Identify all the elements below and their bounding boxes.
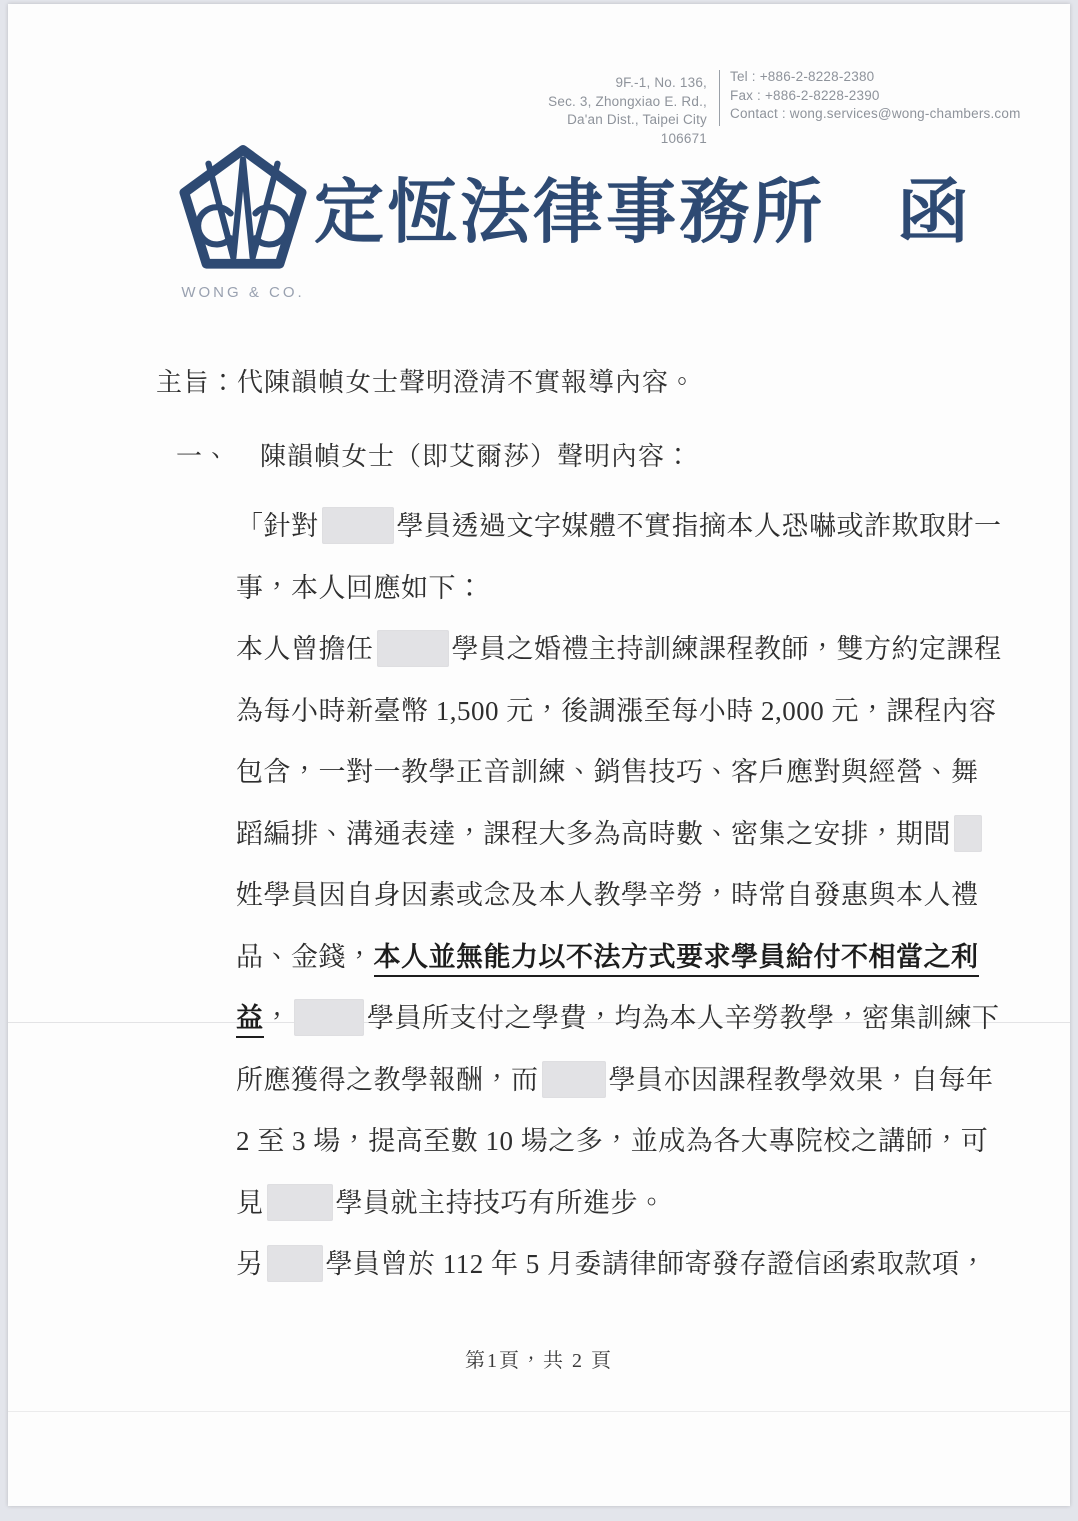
- body-text: 學員就主持技巧有所進步。: [336, 1188, 666, 1218]
- section-number: 一、: [176, 436, 230, 473]
- body-line: 包含，一對一教學正音訓練、銷售技巧、客戶應對與經營、舞: [236, 742, 926, 804]
- body-line: 事，本人回應如下：: [236, 558, 926, 620]
- body-text: 學員透過文字媒體不實指摘本人恐嚇或詐欺取財一: [397, 511, 1002, 541]
- address-line: Sec. 3, Zhongxiao E. Rd.,: [535, 93, 707, 112]
- emphasized-statement-text: 本人並無能力以不法方式要求學員給付不相當之利: [374, 942, 979, 977]
- body-lines: 「針對學員透過文字媒體不實指摘本人恐嚇或詐欺取財一事，本人回應如下：本人曾擔任學…: [236, 496, 926, 1296]
- body-line: 蹈編排、溝通表達，課程大多為高時數、密集之安排，期間: [236, 804, 926, 866]
- body-text: 所應獲得之教學報酬，而: [236, 1065, 539, 1095]
- body-text: 見: [236, 1188, 264, 1218]
- body-text: 姓學員因自身因素或念及本人教學辛勞，時常自發惠與本人禮: [236, 880, 979, 910]
- body-text: 2 至 3 場，提高至數 10 場之多，並成為各大專院校之講師，可: [236, 1126, 988, 1156]
- body-text: 另: [236, 1249, 264, 1279]
- body-text: 事，本人回應如下：: [236, 573, 484, 603]
- emphasized-statement-text: 益: [236, 1003, 264, 1038]
- body-text: 包含，一對一教學正音訓練、銷售技巧、客戶應對與經營、舞: [236, 757, 979, 787]
- body-text: 為每小時新臺幣 1,500 元，後調漲至每小時 2,000 元，課程內容: [236, 696, 997, 726]
- email-line: Contact : wong.services@wong-chambers.co…: [730, 105, 1021, 124]
- redaction-box: [322, 507, 394, 544]
- fax-line: Fax : +886-2-8228-2390: [730, 87, 1021, 106]
- body-text: 學員曾於 112 年 5 月委請律師寄發存證信函索取款項，: [326, 1249, 988, 1279]
- wong-co-wordmark: WONG & CO.: [156, 284, 330, 301]
- subject-line: 主旨：代陳韻幀女士聲明澄清不實報導內容。: [156, 362, 696, 399]
- redaction-box: [267, 1184, 333, 1221]
- contact-divider: [719, 70, 720, 126]
- body-line: 另學員曾於 112 年 5 月委請律師寄發存證信函索取款項，: [236, 1234, 926, 1296]
- redaction-box: [954, 815, 982, 852]
- body-text: 學員所支付之學費，均為本人辛勞教學，密集訓練下: [367, 1003, 1000, 1033]
- firm-address: 9F.-1, No. 136, Sec. 3, Zhongxiao E. Rd.…: [535, 68, 707, 148]
- scan-crease-line: [8, 1411, 1070, 1412]
- scanned-letter: { "colors": { "brand_navy": "#2e4a73", "…: [0, 0, 1078, 1521]
- redaction-box: [542, 1061, 606, 1098]
- address-line: Da'an Dist., Taipei City 106671: [535, 111, 707, 148]
- body-text: 學員亦因課程教學效果，自每年: [609, 1065, 994, 1095]
- body-text: 「針對: [236, 511, 319, 541]
- body-line: 姓學員因自身因素或念及本人教學辛勞，時常自發惠與本人禮: [236, 865, 926, 927]
- body-text: 蹈編排、溝通表達，課程大多為高時數、密集之安排，期間: [236, 819, 951, 849]
- body-line: 2 至 3 場，提高至數 10 場之多，並成為各大專院校之講師，可: [236, 1111, 926, 1173]
- page-number-footer: 第1頁，共 2 頁: [8, 1344, 1070, 1373]
- letterhead-contact-block: 9F.-1, No. 136, Sec. 3, Zhongxiao E. Rd.…: [535, 68, 1021, 148]
- redaction-box: [267, 1245, 323, 1282]
- tel-line: Tel : +886-2-8228-2380: [730, 68, 1021, 87]
- body-text: 品、金錢，: [236, 942, 374, 972]
- wong-co-pentagon-logo-icon: [174, 143, 312, 281]
- section-heading-text: 陳韻幀女士（即艾爾莎）聲明內容：: [260, 436, 692, 473]
- body-line: 所應獲得之教學報酬，而學員亦因課程教學效果，自每年: [236, 1050, 926, 1112]
- body-text: 學員之婚禮主持訓練課程教師，雙方約定課程: [452, 634, 1002, 664]
- document-page: 9F.-1, No. 136, Sec. 3, Zhongxiao E. Rd.…: [8, 4, 1070, 1506]
- firm-title: 定恆法律事務所 函: [314, 156, 954, 257]
- body-line: 見學員就主持技巧有所進步。: [236, 1173, 926, 1235]
- body-line: 本人曾擔任學員之婚禮主持訓練課程教師，雙方約定課程: [236, 619, 926, 681]
- firm-phone-block: Tel : +886-2-8228-2380 Fax : +886-2-8228…: [730, 68, 1021, 124]
- body-line: 「針對學員透過文字媒體不實指摘本人恐嚇或詐欺取財一: [236, 496, 926, 558]
- body-line: 益，學員所支付之學費，均為本人辛勞教學，密集訓練下: [236, 988, 926, 1050]
- redaction-box: [294, 999, 364, 1036]
- body-line: 品、金錢，本人並無能力以不法方式要求學員給付不相當之利: [236, 927, 926, 989]
- body-text: 本人曾擔任: [236, 634, 374, 664]
- address-line: 9F.-1, No. 136,: [535, 74, 707, 93]
- body-line: 為每小時新臺幣 1,500 元，後調漲至每小時 2,000 元，課程內容: [236, 681, 926, 743]
- body-text: ，: [264, 1003, 292, 1033]
- redaction-box: [377, 630, 449, 667]
- section-heading: 一、 陳韻幀女士（即艾爾莎）聲明內容：: [176, 436, 692, 473]
